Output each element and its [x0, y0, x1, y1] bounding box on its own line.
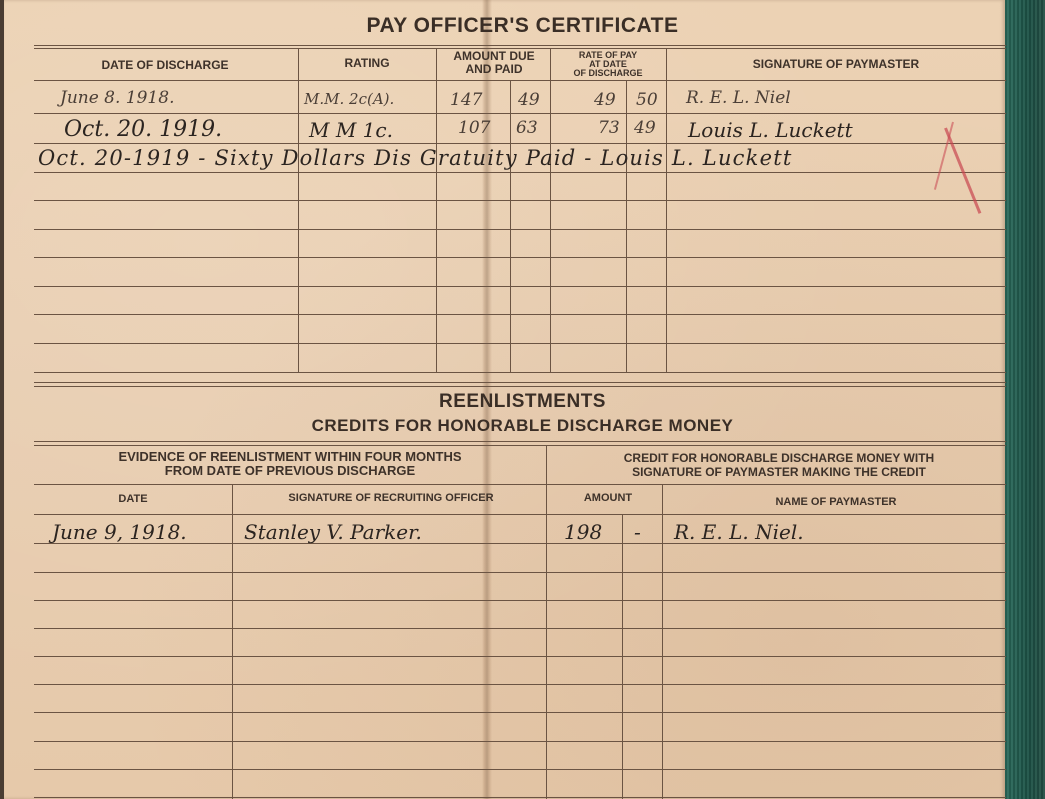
- col-divider: [626, 80, 627, 372]
- col-divider: [510, 80, 511, 372]
- rule: [34, 656, 1006, 657]
- rule: [34, 229, 1006, 230]
- col-header-date-of-discharge: DATE OF DISCHARGE: [34, 59, 296, 72]
- reenlist-paymaster: R. E. L. Niel.: [674, 520, 804, 544]
- row2-amount-dollars: 107: [458, 118, 490, 138]
- rule: [34, 143, 1006, 144]
- reenlist-amount-cents: -: [634, 520, 641, 544]
- row1-amount-cents: 49: [518, 90, 540, 110]
- col-divider: [662, 484, 663, 799]
- row2-rating: M M 1c.: [309, 118, 393, 142]
- row1-date: June 8. 1918.: [60, 88, 174, 108]
- rule: [34, 445, 1006, 446]
- row2-rate-cents: 49: [634, 118, 656, 138]
- row1-amount-dollars: 147: [450, 90, 482, 110]
- rule: [34, 628, 1006, 629]
- evidence-heading-line1: EVIDENCE OF REENLISTMENT WITHIN FOUR MON…: [34, 450, 546, 463]
- rule: [34, 286, 1006, 287]
- row1-rate-dollars: 49: [594, 90, 616, 110]
- rule: [34, 113, 1006, 114]
- rule: [34, 45, 1006, 46]
- rule: [34, 684, 1006, 685]
- row2-signature: Louis L. Luckett: [688, 118, 853, 142]
- col-header-amount-due-line2: AND PAID: [436, 63, 552, 76]
- col-divider: [666, 48, 667, 372]
- rule: [34, 797, 1006, 798]
- credit-heading-line2: SIGNATURE OF PAYMASTER MAKING THE CREDIT: [552, 466, 1006, 479]
- row3-gratuity-note: Oct. 20-1919 - Sixty Dollars Dis Gratuit…: [38, 146, 792, 170]
- rule: [34, 372, 1006, 373]
- col-header-signature-of-paymaster: SIGNATURE OF PAYMASTER: [666, 58, 1006, 71]
- col-header-date: DATE: [34, 493, 232, 506]
- rule: [34, 572, 1006, 573]
- col-header-rate-line3: OF DISCHARGE: [550, 69, 666, 78]
- rule: [34, 80, 1006, 81]
- row2-amount-cents: 63: [516, 118, 538, 138]
- rule: [34, 769, 1006, 770]
- col-header-rating: RATING: [298, 57, 436, 70]
- rule: [34, 200, 1006, 201]
- rule: [34, 741, 1006, 742]
- col-divider: [550, 48, 551, 372]
- col-divider: [622, 514, 623, 799]
- reenlist-recruiting-officer: Stanley V. Parker.: [244, 520, 422, 544]
- evidence-heading-line2: FROM DATE OF PREVIOUS DISCHARGE: [34, 464, 546, 477]
- rule: [34, 257, 1006, 258]
- row1-rate-cents: 50: [636, 90, 658, 110]
- reenlistments-title: REENLISTMENTS: [0, 391, 1045, 413]
- reenlist-amount-dollars: 198: [564, 520, 602, 544]
- reenlist-date: June 9, 1918.: [52, 520, 187, 544]
- pay-officer-certificate-title: PAY OFFICER'S CERTIFICATE: [0, 14, 1045, 38]
- col-divider: [298, 48, 299, 372]
- col-divider: [436, 48, 437, 372]
- col-header-name-of-paymaster: NAME OF PAYMASTER: [666, 496, 1006, 509]
- reenlistments-subtitle: CREDITS FOR HONORABLE DISCHARGE MONEY: [0, 416, 1045, 436]
- row1-signature: R. E. L. Niel: [686, 88, 791, 108]
- red-pencil-mark: [934, 122, 954, 190]
- rule: [34, 314, 1006, 315]
- rule: [34, 484, 1006, 485]
- rule: [34, 343, 1006, 344]
- credit-heading-line1: CREDIT FOR HONORABLE DISCHARGE MONEY WIT…: [552, 452, 1006, 465]
- row1-rating: M.M. 2c(A).: [304, 90, 394, 108]
- rule: [34, 514, 1006, 515]
- col-divider: [546, 445, 547, 799]
- col-divider: [232, 484, 233, 799]
- rule: [34, 441, 1006, 442]
- rule: [34, 172, 1006, 173]
- rule: [34, 712, 1006, 713]
- col-header-recruiting-officer: SIGNATURE OF RECRUITING OFFICER: [236, 492, 546, 505]
- rule: [34, 382, 1006, 383]
- certificate-page: PAY OFFICER'S CERTIFICATE DATE OF DISCHA…: [4, 0, 1005, 799]
- row2-rate-dollars: 73: [598, 118, 620, 138]
- rule: [34, 600, 1006, 601]
- row2-date: Oct. 20. 1919.: [64, 117, 222, 142]
- col-header-amount: AMOUNT: [550, 492, 666, 505]
- rule: [34, 386, 1006, 387]
